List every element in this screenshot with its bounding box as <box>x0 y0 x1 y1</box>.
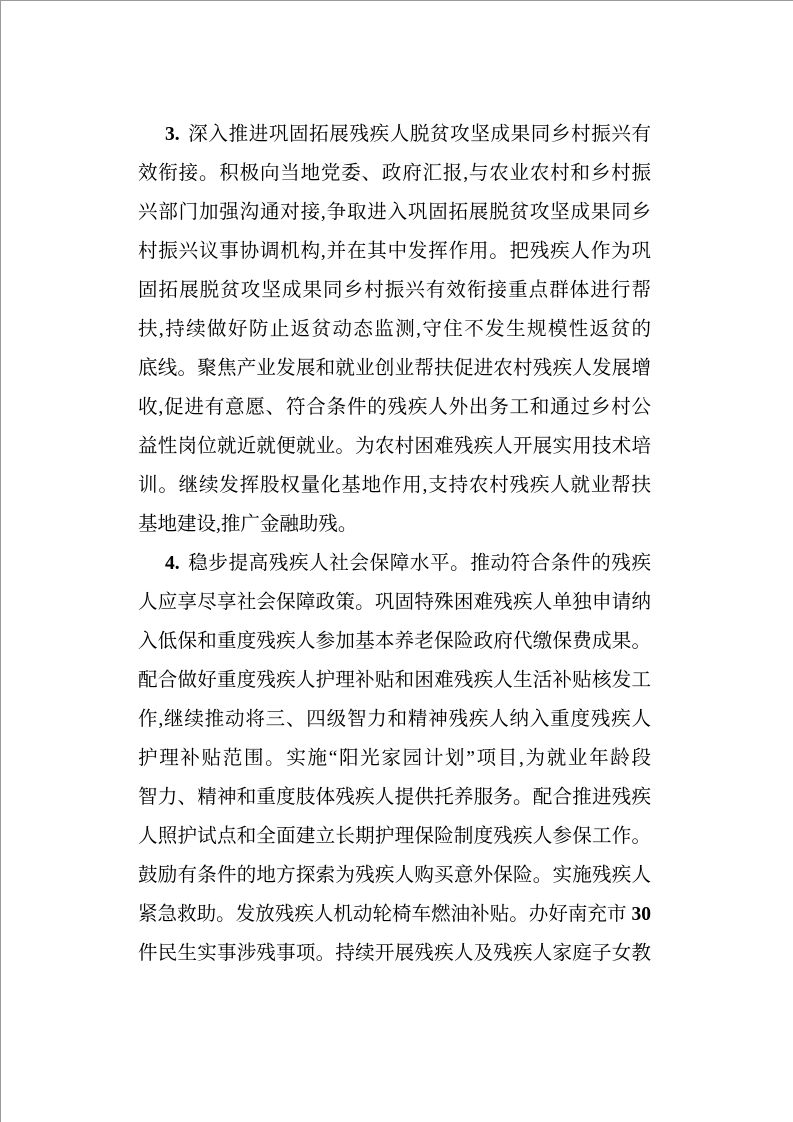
text-line: 扶,持续做好防止返贫动态监测,守住不发生规模性返贫的 <box>138 310 651 349</box>
paragraph-3-last-line: 基地建设,推广金融助残。 <box>138 505 651 544</box>
text-line: 村振兴议事协调机构,并在其中发挥作用。把残疾人作为巩 <box>138 232 651 271</box>
paragraph-3-first-line: 3.深入推进巩固拓展残疾人脱贫攻坚成果同乡村振兴有 <box>138 115 651 154</box>
text-line: 收,促进有意愿、符合条件的残疾人外出务工和通过乡村公 <box>138 388 651 427</box>
paragraph-4-first-line: 4.稳步提高残疾人社会保障水平。推动符合条件的残疾 <box>138 544 651 583</box>
text-line: 护理补贴范围。实施“阳光家园计划”项目,为就业年龄段 <box>138 739 651 778</box>
text-line: 入低保和重度残疾人参加基本养老保险政府代缴保费成果。 <box>138 622 651 661</box>
paragraph-3-number: 3. <box>165 124 180 145</box>
text-line: 作,继续推动将三、四级智力和精神残疾人纳入重度残疾人 <box>138 700 651 739</box>
text-line: 训。继续发挥股权量化基地作用,支持农村残疾人就业帮扶 <box>138 466 651 505</box>
text-line: 固拓展脱贫攻坚成果同乡村振兴有效衔接重点群体进行帮 <box>138 271 651 310</box>
paragraph-3: 3.深入推进巩固拓展残疾人脱贫攻坚成果同乡村振兴有 效衔接。积极向当地党委、政府… <box>138 115 651 544</box>
paragraph-4: 4.稳步提高残疾人社会保障水平。推动符合条件的残疾 人应享尽享社会保障政策。巩固… <box>138 544 651 973</box>
paragraph-4-number-line: 紧急救助。发放残疾人机动轮椅车燃油补贴。办好南充市30 <box>138 895 651 934</box>
text-line: 智力、精神和重度肢体残疾人提供托养服务。配合推进残疾 <box>138 778 651 817</box>
text-line: 鼓励有条件的地方探索为残疾人购买意外保险。实施残疾人 <box>138 856 651 895</box>
text-line: 效衔接。积极向当地党委、政府汇报,与农业农村和乡村振 <box>138 154 651 193</box>
paragraph-3-heading-text: 深入推进巩固拓展残疾人脱贫攻坚成果同乡村振兴有 <box>188 124 651 145</box>
count-30: 30 <box>632 904 652 925</box>
text-line: 配合做好重度残疾人护理补贴和困难残疾人生活补贴核发工 <box>138 661 651 700</box>
paragraph-4-number: 4. <box>165 553 180 574</box>
text-line: 兴部门加强沟通对接,争取进入巩固拓展脱贫攻坚成果同乡 <box>138 193 651 232</box>
paragraph-4-last-line: 件民生实事涉残事项。持续开展残疾人及残疾人家庭子女教 <box>138 934 651 973</box>
text-line: 底线。聚焦产业发展和就业创业帮扶促进农村残疾人发展增 <box>138 349 651 388</box>
text-line: 人应享尽享社会保障政策。巩固特殊困难残疾人单独申请纳 <box>138 583 651 622</box>
document-body: 3.深入推进巩固拓展残疾人脱贫攻坚成果同乡村振兴有 效衔接。积极向当地党委、政府… <box>138 115 651 973</box>
number-line-text: 紧急救助。发放残疾人机动轮椅车燃油补贴。办好南充市 <box>138 904 627 925</box>
text-line: 益性岗位就近就便就业。为农村困难残疾人开展实用技术培 <box>138 427 651 466</box>
paragraph-4-heading-text: 稳步提高残疾人社会保障水平。推动符合条件的残疾 <box>188 553 651 574</box>
text-line: 人照护试点和全面建立长期护理保险制度残疾人参保工作。 <box>138 817 651 856</box>
document-page: 3.深入推进巩固拓展残疾人脱贫攻坚成果同乡村振兴有 效衔接。积极向当地党委、政府… <box>0 0 793 1122</box>
